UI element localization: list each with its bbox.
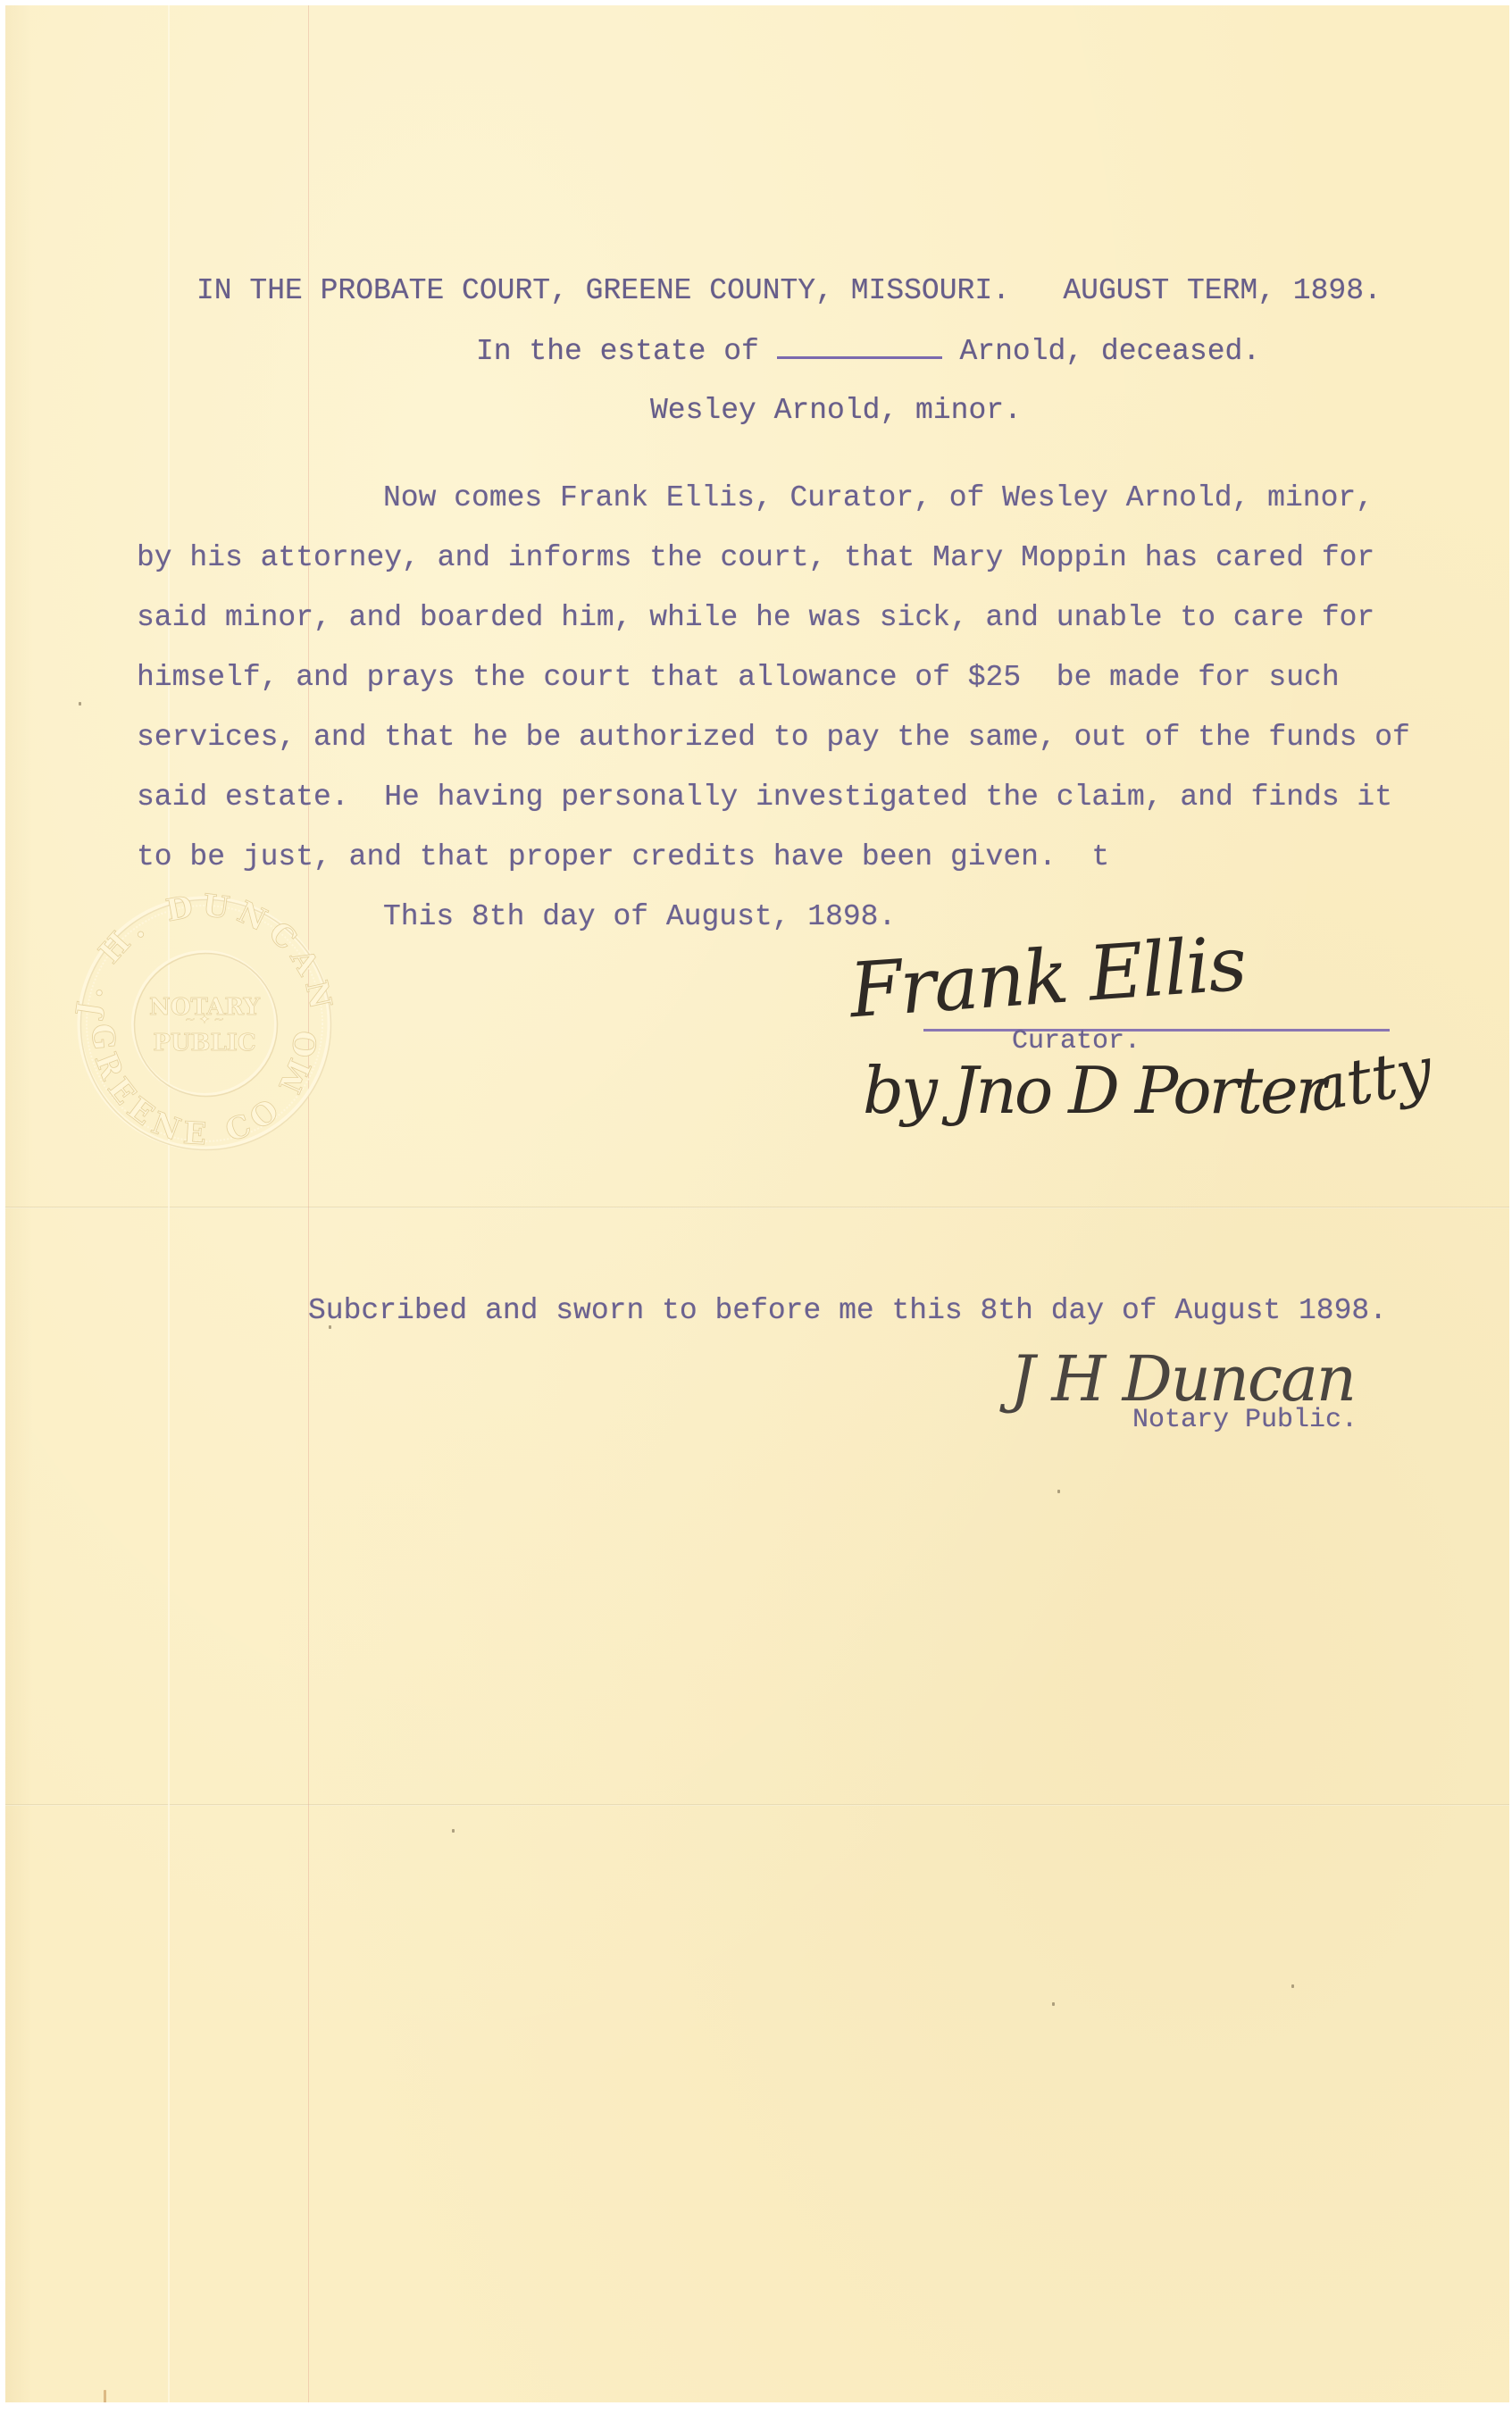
- curator-signature: Frank Ellis: [847, 919, 1248, 1036]
- attorney-signature: by Jno D Porter: [863, 1041, 1324, 1140]
- fold-line-lower: [5, 1804, 1509, 1806]
- estate-prefix: In the estate of: [476, 335, 759, 368]
- dated-line: This 8th day of August, 1898.: [383, 899, 896, 935]
- paper-speck: [1057, 1490, 1060, 1493]
- seal-inner-bottom: PUBLIC: [153, 1030, 255, 1057]
- attorney-signature-block: by Jno D Porter atty: [863, 1041, 1470, 1166]
- svg-text:~ ✦ ~: ~ ✦ ~: [185, 1013, 224, 1027]
- body-line: Now comes Frank Ellis, Curator, of Wesle…: [383, 480, 1374, 516]
- paper-speck: [329, 1325, 331, 1329]
- paper-speck: [79, 702, 81, 706]
- estate-suffix: Arnold, deceased.: [959, 335, 1260, 368]
- notary-title: Notary Public.: [1132, 1402, 1357, 1438]
- notary-seal: J. H. DUNCAN GREENE CO MO NOTARY ~ ✦ ~ P…: [57, 890, 352, 1157]
- paper-speck: [452, 1829, 455, 1833]
- body-line: said minor, and boarded him, while he wa…: [137, 600, 1374, 636]
- body-line: said estate. He having personally invest…: [137, 780, 1392, 815]
- estate-line: In the estate of Arnold, deceased.: [476, 334, 1260, 370]
- minor-line: Wesley Arnold, minor.: [650, 393, 1022, 429]
- paper-speck: [104, 2390, 106, 2402]
- body-line: to be just, and that proper credits have…: [137, 839, 1109, 875]
- body-line: himself, and prays the court that allowa…: [137, 660, 1340, 696]
- fold-line-upper: [5, 1207, 1509, 1208]
- court-heading: IN THE PROBATE COURT, GREENE COUNTY, MIS…: [196, 273, 1382, 309]
- paper-speck: [1052, 2002, 1055, 2006]
- document-page: IN THE PROBATE COURT, GREENE COUNTY, MIS…: [5, 5, 1509, 2402]
- fold-line-vertical: [168, 5, 170, 2402]
- estate-name-blank: [777, 335, 942, 359]
- notary-jurat: Subcribed and sworn to before me this 8t…: [308, 1293, 1387, 1329]
- paper-speck: [1291, 1984, 1294, 1988]
- signature-rule: [923, 1029, 1390, 1032]
- margin-rule: [308, 5, 309, 2402]
- body-line: services, and that he be authorized to p…: [137, 720, 1410, 756]
- attorney-abbrev: atty: [1301, 1021, 1440, 1139]
- body-line: by his attorney, and informs the court, …: [137, 540, 1374, 576]
